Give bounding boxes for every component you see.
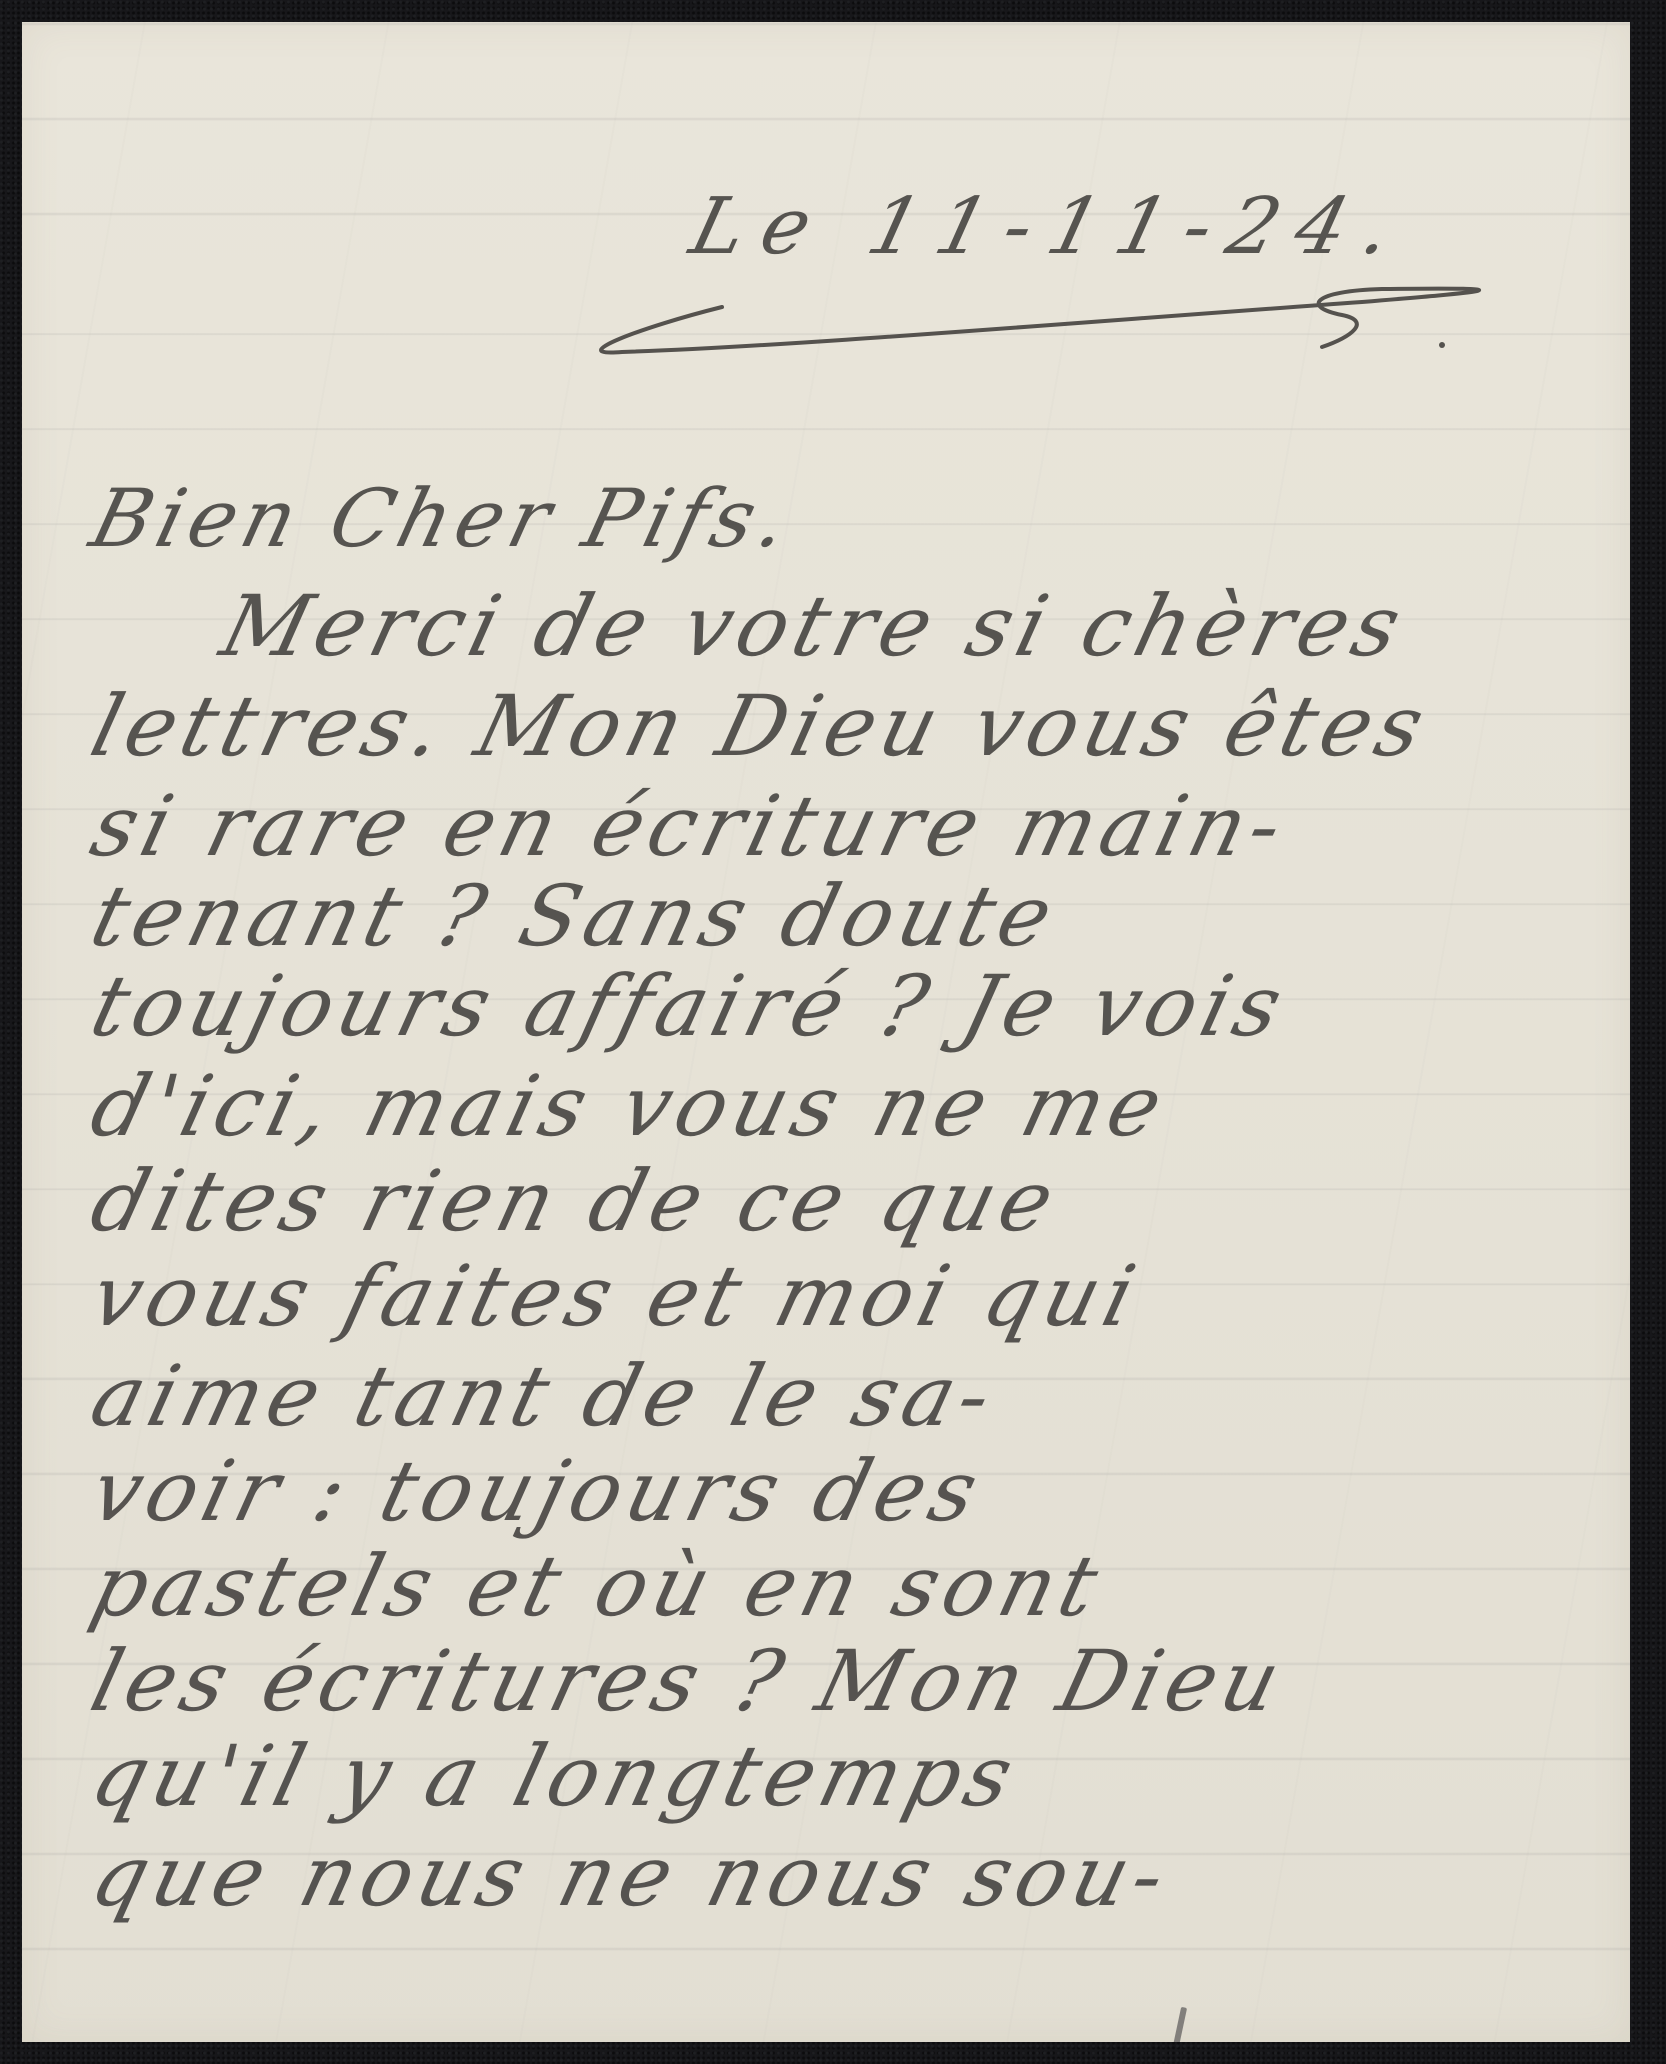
letter-line: dites rien de ce que [82, 1152, 1069, 1250]
letter-page: Le 11-11-24. Bien Cher Pifs. Merci de vo… [22, 22, 1630, 2042]
letter-line: lettres. Mon Dieu vous êtes [82, 677, 1439, 775]
date-underline-flourish-icon [582, 277, 1522, 357]
letter-line: aime tant de le sa- [82, 1347, 1007, 1445]
letter-line: toujours affairé ? Je vois [82, 957, 1297, 1055]
letter-line: vous faites et moi qui [82, 1247, 1150, 1345]
letter-line: tenant ? Sans doute [82, 867, 1068, 965]
letter-line: Merci de votre si chères [212, 577, 1416, 675]
letter-line: si rare en écriture main- [82, 777, 1298, 875]
letter-line: voir : toujours des [82, 1442, 993, 1540]
letter-date: Le 11-11-24. [682, 182, 1418, 272]
letter-line: que nous ne nous sou- [82, 1827, 1181, 1925]
letter-line: d'ici, mais vous ne me [82, 1057, 1178, 1155]
letter-salutation: Bien Cher Pifs. [82, 472, 803, 565]
ink-stroke-mark [1173, 2007, 1187, 2042]
letter-line: qu'il y a longtemps [82, 1727, 1028, 1825]
letter-line: les écritures ? Mon Dieu [82, 1632, 1295, 1730]
letter-line: pastels et où en sont [82, 1537, 1113, 1635]
